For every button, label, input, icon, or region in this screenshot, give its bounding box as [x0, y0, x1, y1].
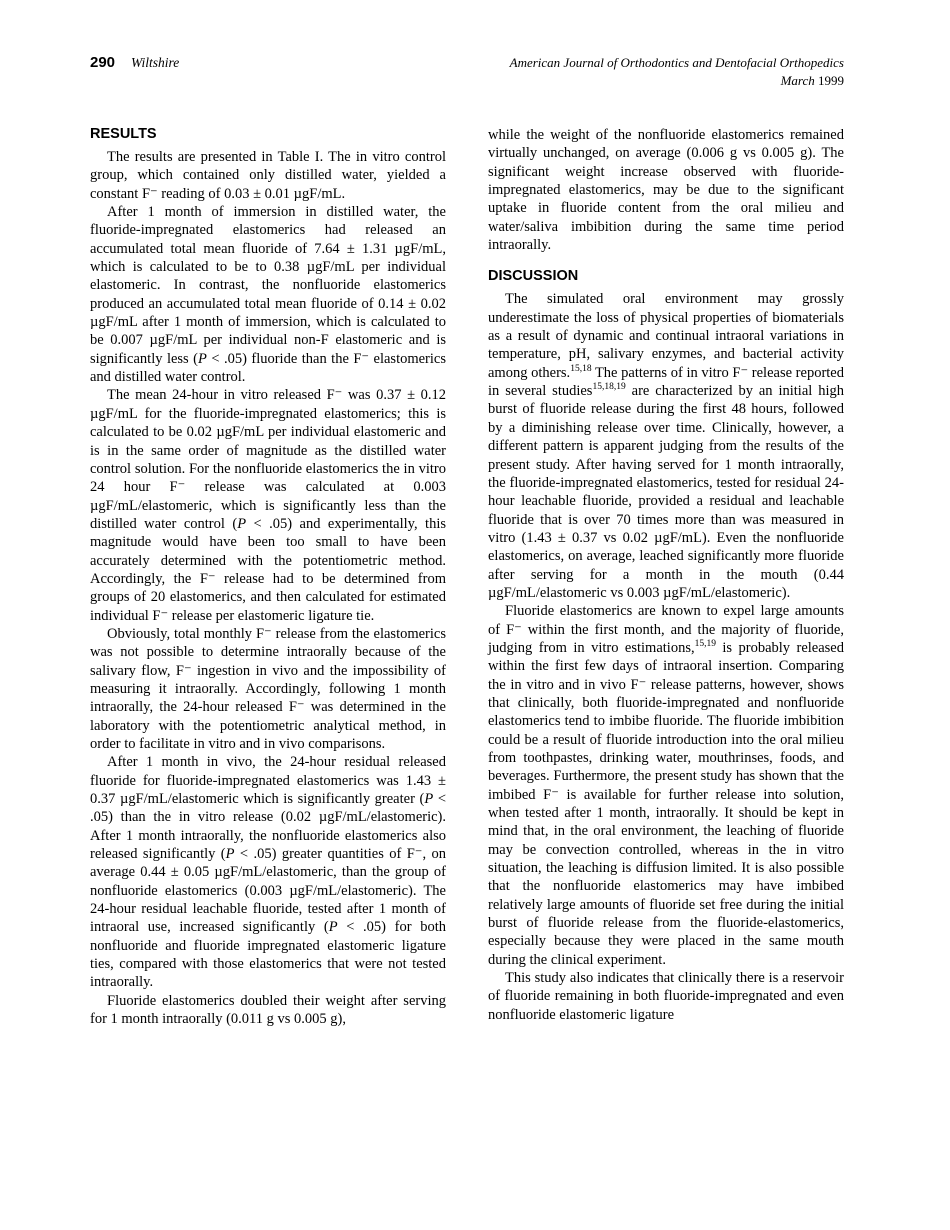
running-author: Wiltshire [131, 55, 179, 70]
paragraph: The simulated oral environment may gross… [488, 290, 844, 602]
running-head-right: American Journal of Orthodontics and Den… [510, 54, 844, 89]
italic-run: P [237, 516, 246, 532]
reference-superscript: 15,18,19 [592, 382, 625, 392]
paragraph: After 1 month of immersion in distilled … [90, 203, 446, 386]
italic-run: P [424, 791, 433, 807]
text-run: Obviously, total monthly F⁻ release from… [90, 626, 446, 752]
page-number: 290 [90, 54, 115, 71]
text-run: are characterized by an initial high bur… [488, 383, 844, 601]
text-run: Fluoride elastomerics doubled their weig… [90, 993, 446, 1027]
text-run: After 1 month of immersion in distilled … [90, 204, 446, 367]
running-head-left: 290 Wiltshire [90, 54, 179, 72]
text-run: The mean 24-hour in vitro released F⁻ wa… [90, 387, 446, 531]
journal-title: American Journal of Orthodontics and Den… [510, 54, 844, 72]
right-column: while the weight of the nonfluoride elas… [488, 126, 844, 1029]
text-run: After 1 month in vivo, the 24-hour resid… [90, 754, 446, 807]
page-header: 290 Wiltshire American Journal of Orthod… [90, 54, 844, 89]
text-run: < .05) and experimentally, this magnitud… [90, 516, 446, 624]
text-run: This study also indicates that clinicall… [488, 970, 844, 1023]
paragraph: Fluoride elastomerics doubled their weig… [90, 992, 446, 1029]
section-heading: DISCUSSION [488, 268, 844, 284]
issue-month: March [781, 73, 815, 88]
journal-page: 290 Wiltshire American Journal of Orthod… [0, 0, 950, 1230]
reference-superscript: 15,19 [695, 639, 716, 649]
paragraph: The mean 24-hour in vitro released F⁻ wa… [90, 386, 446, 624]
issue-year: 1999 [818, 73, 844, 88]
italic-run: P [329, 919, 338, 935]
paragraph: This study also indicates that clinicall… [488, 969, 844, 1024]
italic-run: P [198, 351, 207, 367]
left-column: RESULTSThe results are presented in Tabl… [90, 126, 446, 1029]
text-run: is probably released within the first fe… [488, 640, 844, 968]
paragraph: The results are presented in Table I. Th… [90, 148, 446, 203]
reference-superscript: 15,18 [570, 364, 591, 374]
section-heading: RESULTS [90, 126, 446, 142]
paragraph: Fluoride elastomerics are known to expel… [488, 602, 844, 969]
paragraph: After 1 month in vivo, the 24-hour resid… [90, 753, 446, 991]
text-run: The results are presented in Table I. Th… [90, 149, 446, 202]
journal-issue: March 1999 [510, 72, 844, 90]
paragraph: while the weight of the nonfluoride elas… [488, 126, 844, 254]
article-body: RESULTSThe results are presented in Tabl… [90, 126, 844, 1029]
text-run: while the weight of the nonfluoride elas… [488, 127, 844, 253]
paragraph: Obviously, total monthly F⁻ release from… [90, 625, 446, 753]
